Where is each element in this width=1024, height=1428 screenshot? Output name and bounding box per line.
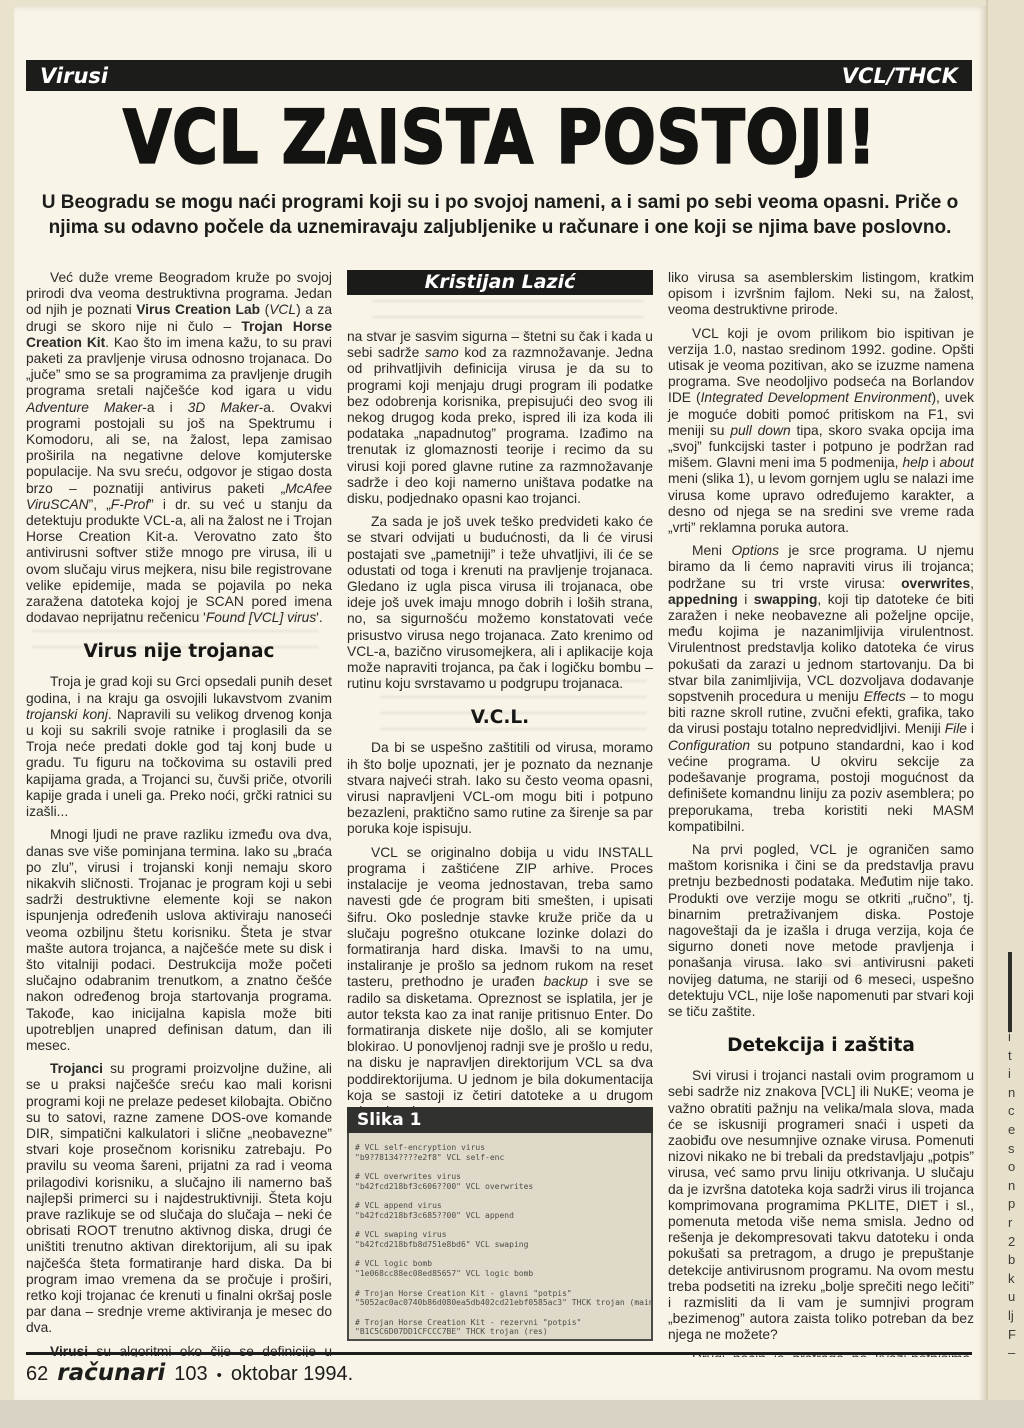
- author-name: Kristijan Lazić: [425, 271, 576, 293]
- footer-bullet: •: [217, 1367, 222, 1384]
- section-heading: Virus nije trojanac: [26, 641, 332, 662]
- edge-fragment: c: [1008, 1102, 1024, 1121]
- edge-fragment: k: [1008, 1270, 1024, 1289]
- magazine-logo: računari: [57, 1360, 165, 1386]
- issue-date: oktobar 1994.: [231, 1363, 353, 1386]
- body-paragraph: Meni Options je srce programa. U njemu b…: [668, 543, 974, 835]
- column-left: Već duže vreme Beogradom kruže po svojoj…: [26, 262, 332, 1357]
- next-page-text-fragments: itincesonpr2bkuljF–: [1008, 1028, 1024, 1363]
- article-subtitle: U Beogradu se mogu naći programi koji su…: [30, 190, 970, 240]
- scan-artifact-bar: [1008, 952, 1012, 1032]
- edge-fragment: b: [1008, 1251, 1024, 1270]
- edge-fragment: e: [1008, 1121, 1024, 1140]
- section-header-bar: Virusi VCL/THCK: [26, 60, 972, 91]
- body-paragraph: VCL se originalno dobija u vidu INSTALL …: [347, 845, 653, 1120]
- column-right: liko virusa sa asemblerskim listingom, k…: [668, 262, 974, 1357]
- edge-fragment: s: [1008, 1140, 1024, 1159]
- body-paragraph: Svi virusi i trojanci nastali ovim progr…: [668, 1068, 974, 1343]
- virus-signature-listing: # VCL self-encryption virus "b9?78134???…: [347, 1133, 653, 1341]
- column-middle: Kristijan Lazić na stvar je sasvim sigur…: [347, 262, 653, 1357]
- scan-edge-top: [0, 0, 1024, 6]
- scan-edge-bottom: [0, 1400, 1024, 1428]
- body-paragraph: VCL koji je ovom prilikom bio ispitivan …: [668, 326, 974, 537]
- body-paragraph: Za sada je još uvek teško predvideti kak…: [347, 514, 653, 692]
- figure-label: Slika 1: [347, 1107, 653, 1133]
- edge-fragment: i: [1008, 1028, 1024, 1047]
- edge-fragment: F: [1008, 1326, 1024, 1345]
- edge-fragment: n: [1008, 1084, 1024, 1103]
- edge-fragment: lj: [1008, 1307, 1024, 1326]
- scan-edge-left: [0, 0, 14, 1428]
- body-paragraph: Na prvi pogled, VCL je ograničen samo ma…: [668, 842, 974, 1020]
- edge-fragment: o: [1008, 1158, 1024, 1177]
- edge-fragment: t: [1008, 1047, 1024, 1066]
- body-paragraph: Već duže vreme Beogradom kruže po svojoj…: [26, 270, 332, 626]
- section-heading: V.C.L.: [347, 707, 653, 728]
- section-label: Virusi: [40, 64, 108, 88]
- article-body: Već duže vreme Beogradom kruže po svojoj…: [26, 262, 974, 1357]
- author-byline-bar: Kristijan Lazić: [347, 270, 653, 295]
- edge-fragment: 2: [1008, 1233, 1024, 1252]
- issue-number: 103: [174, 1363, 207, 1386]
- section-heading: Detekcija i zaštita: [668, 1035, 974, 1056]
- body-paragraph: Trojanci su programi proizvoljne dužine,…: [26, 1061, 332, 1336]
- edge-fragment: u: [1008, 1288, 1024, 1307]
- body-paragraph: Da bi se uspešno zaštitili od virusa, mo…: [347, 740, 653, 837]
- edge-fragment: r: [1008, 1214, 1024, 1233]
- body-paragraph: na stvar je sasvim sigurna – štetni su č…: [347, 329, 653, 507]
- article-title: VCL ZAISTA POSTOJI!: [14, 94, 986, 180]
- edge-fragment: –: [1008, 1344, 1024, 1363]
- body-paragraph: Mnogi ljudi ne prave razliku između ova …: [26, 827, 332, 1054]
- edge-fragment: n: [1008, 1177, 1024, 1196]
- article-tag: VCL/THCK: [842, 64, 958, 88]
- page-footer: 62 računari 103 • oktobar 1994.: [26, 1352, 972, 1386]
- magazine-page: Virusi VCL/THCK VCL ZAISTA POSTOJI! U Be…: [14, 6, 986, 1404]
- figure-slika-1: Slika 1 # VCL self-encryption virus "b9?…: [347, 1107, 653, 1341]
- page-number: 62: [26, 1363, 48, 1386]
- body-paragraph: Troja je grad koji su Grci opsedali puni…: [26, 674, 332, 820]
- edge-fragment: i: [1008, 1065, 1024, 1084]
- edge-fragment: p: [1008, 1195, 1024, 1214]
- column-middle-text: na stvar je sasvim sigurna – štetni su č…: [347, 329, 653, 1135]
- body-paragraph: liko virusa sa asemblerskim listingom, k…: [668, 270, 974, 319]
